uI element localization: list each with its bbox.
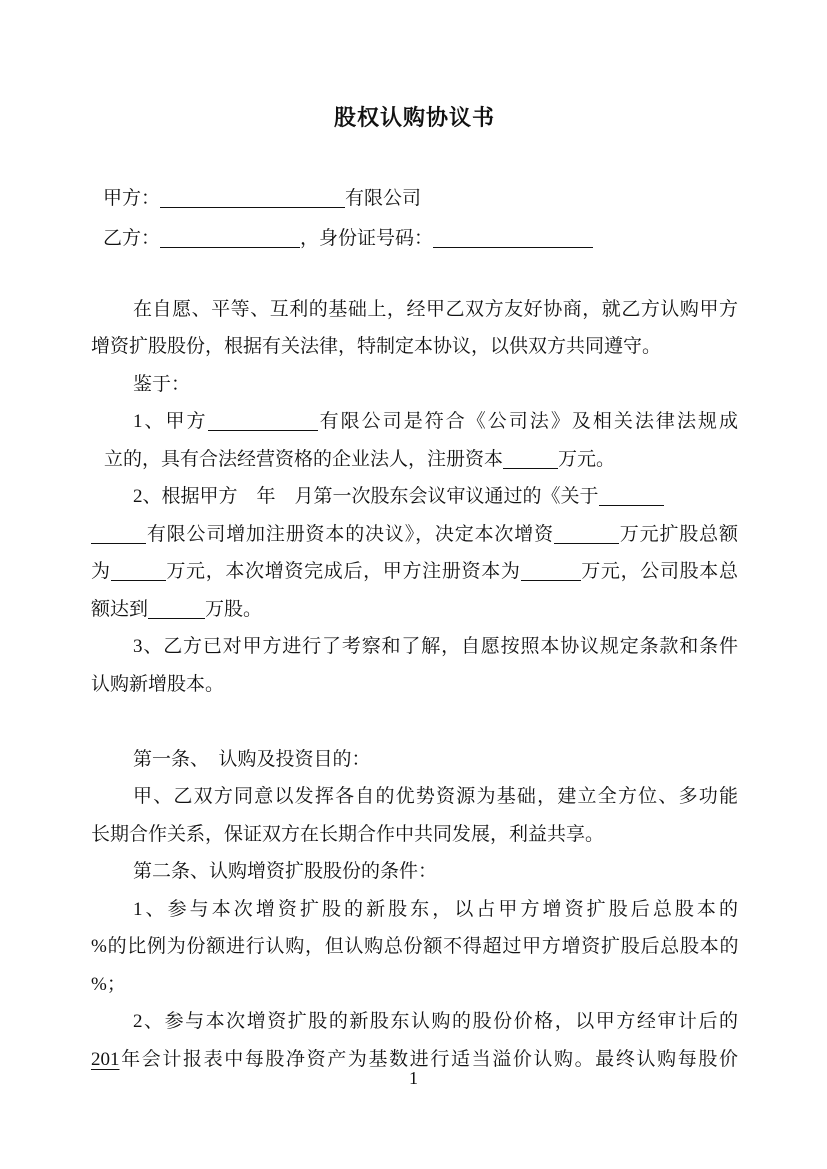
doc-text: 增资扩股股份，根据有关法律，特制定本协议，以供双方共同遵守。 [91, 336, 661, 357]
preamble-line: 在自愿、平等、互利的基础上，经甲乙双方友好协商，就乙方认购甲方 [91, 291, 738, 329]
article-1-body: 甲、乙双方同意以发挥各自的优势资源为基础，建立全方位、多功能 [91, 778, 738, 816]
doc-text: 3、乙方已对甲方进行了考察和了解，自愿按照本协议规定条款和条件 [133, 636, 738, 657]
doc-text: 有限公司 [345, 188, 421, 209]
doc-text: 万元，本次增资完成后，甲方注册资本为 [166, 561, 521, 582]
document-page: 股权认购协议书甲方：有限公司乙方：，身份证号码：在自愿、平等、互利的基础上，经甲… [0, 0, 827, 1169]
fill-in-blank-line [554, 524, 619, 544]
article-1-heading: 第一条、 认购及投资目的： [91, 741, 738, 779]
document-title: 股权认购协议书 [91, 99, 738, 137]
whereas-heading: 鉴于： [91, 366, 738, 404]
fill-in-blank-line [111, 561, 166, 581]
party-b-line: 乙方：，身份证号码： [91, 219, 738, 259]
doc-text: 万股。 [205, 599, 262, 620]
fill-in-blank-line [503, 449, 558, 469]
doc-text: 201 [91, 1049, 120, 1070]
whereas-item-3: 认购新增股本。 [91, 666, 738, 704]
doc-text: 年会计报表中每股净资产为基数进行适当溢价认购。最终认购每股价 [120, 1049, 739, 1070]
preamble-line: 增资扩股股份，根据有关法律，特制定本协议，以供双方共同遵守。 [91, 328, 738, 366]
doc-text: 甲方： [103, 188, 160, 209]
doc-text: 乙方： [103, 228, 160, 249]
doc-text: ，身份证号码： [300, 228, 433, 249]
whereas-item-3: 3、乙方已对甲方进行了考察和了解，自愿按照本协议规定条款和条件 [91, 628, 738, 666]
fill-in-blank-line [599, 486, 664, 506]
doc-text: 第一条、 认购及投资目的： [133, 749, 371, 770]
doc-text: 万元。 [558, 449, 615, 470]
blank-paragraph [91, 703, 738, 741]
doc-text: 1、甲方 [133, 411, 208, 432]
doc-text: %； [91, 974, 126, 995]
doc-text: 认购新增股本。 [91, 674, 224, 695]
doc-text: 股权认购协议书 [334, 105, 495, 130]
fill-in-blank-line [208, 411, 318, 431]
doc-text: 2、根据甲方 年 月第一次股东会议审议通过的《关于 [133, 486, 599, 507]
article-2-heading: 第二条、认购增资扩股股份的条件： [91, 853, 738, 891]
fill-in-blank-line [91, 524, 146, 544]
doc-text: 为 [91, 561, 111, 582]
fill-in-blank-line [148, 599, 205, 619]
doc-text: 万元，公司股本总 [581, 561, 738, 582]
whereas-item-2: 2、根据甲方 年 月第一次股东会议审议通过的《关于 [91, 478, 738, 516]
whereas-item-2: 额达到万股。 [91, 591, 738, 629]
article-1-body: 长期合作关系，保证双方在长期合作中共同发展，利益共享。 [91, 816, 738, 854]
fill-in-blank-line [160, 228, 300, 248]
doc-text: 2、参与本次增资扩股的新股东认购的股份价格，以甲方经审计后的 [133, 1011, 738, 1032]
doc-text: 立的，具有合法经营资格的企业法人，注册资本 [104, 449, 503, 470]
article-2-item-1: 1、参与本次增资扩股的新股东，以占甲方增资扩股后总股本的 [91, 891, 738, 929]
doc-text: 有限公司是符合《公司法》及相关法律法规成 [318, 411, 738, 432]
whereas-item-2: 为万元，本次增资完成后，甲方注册资本为万元，公司股本总 [91, 553, 738, 591]
whereas-item-2: 有限公司增加注册资本的决议》，决定本次增资万元扩股总额 [91, 516, 738, 554]
doc-text: 长期合作关系，保证双方在长期合作中共同发展，利益共享。 [91, 824, 604, 845]
doc-text: 有限公司增加注册资本的决议》，决定本次增资 [146, 524, 554, 545]
doc-text: 第二条、认购增资扩股股份的条件： [133, 861, 437, 882]
doc-text: 1、参与本次增资扩股的新股东，以占甲方增资扩股后总股本的 [133, 899, 738, 920]
article-2-item-1: %； [91, 966, 738, 1004]
fill-in-blank-line [521, 561, 581, 581]
page-number: 1 [0, 1068, 827, 1088]
whereas-item-1: 1、甲方有限公司是符合《公司法》及相关法律法规成 [91, 403, 738, 441]
doc-text: 在自愿、平等、互利的基础上，经甲乙双方友好协商，就乙方认购甲方 [133, 299, 738, 320]
doc-text: 鉴于： [133, 374, 190, 395]
doc-text: 甲、乙双方同意以发挥各自的优势资源为基础，建立全方位、多功能 [133, 786, 738, 807]
whereas-item-1: 立的，具有合法经营资格的企业法人，注册资本万元。 [91, 441, 738, 479]
doc-text: 万元扩股总额 [619, 524, 738, 545]
article-2-item-2: 2、参与本次增资扩股的新股东认购的股份价格，以甲方经审计后的 [91, 1003, 738, 1041]
doc-text: %的比例为份额进行认购，但认购总份额不得超过甲方增资扩股后总股本的 [91, 936, 738, 957]
fill-in-blank-line [160, 188, 345, 208]
document-body: 股权认购协议书甲方：有限公司乙方：，身份证号码：在自愿、平等、互利的基础上，经甲… [91, 99, 738, 1078]
doc-text: 额达到 [91, 599, 148, 620]
article-2-item-1: %的比例为份额进行认购，但认购总份额不得超过甲方增资扩股后总股本的 [91, 928, 738, 966]
party-a-line: 甲方：有限公司 [91, 179, 738, 219]
fill-in-blank-line [433, 228, 593, 248]
